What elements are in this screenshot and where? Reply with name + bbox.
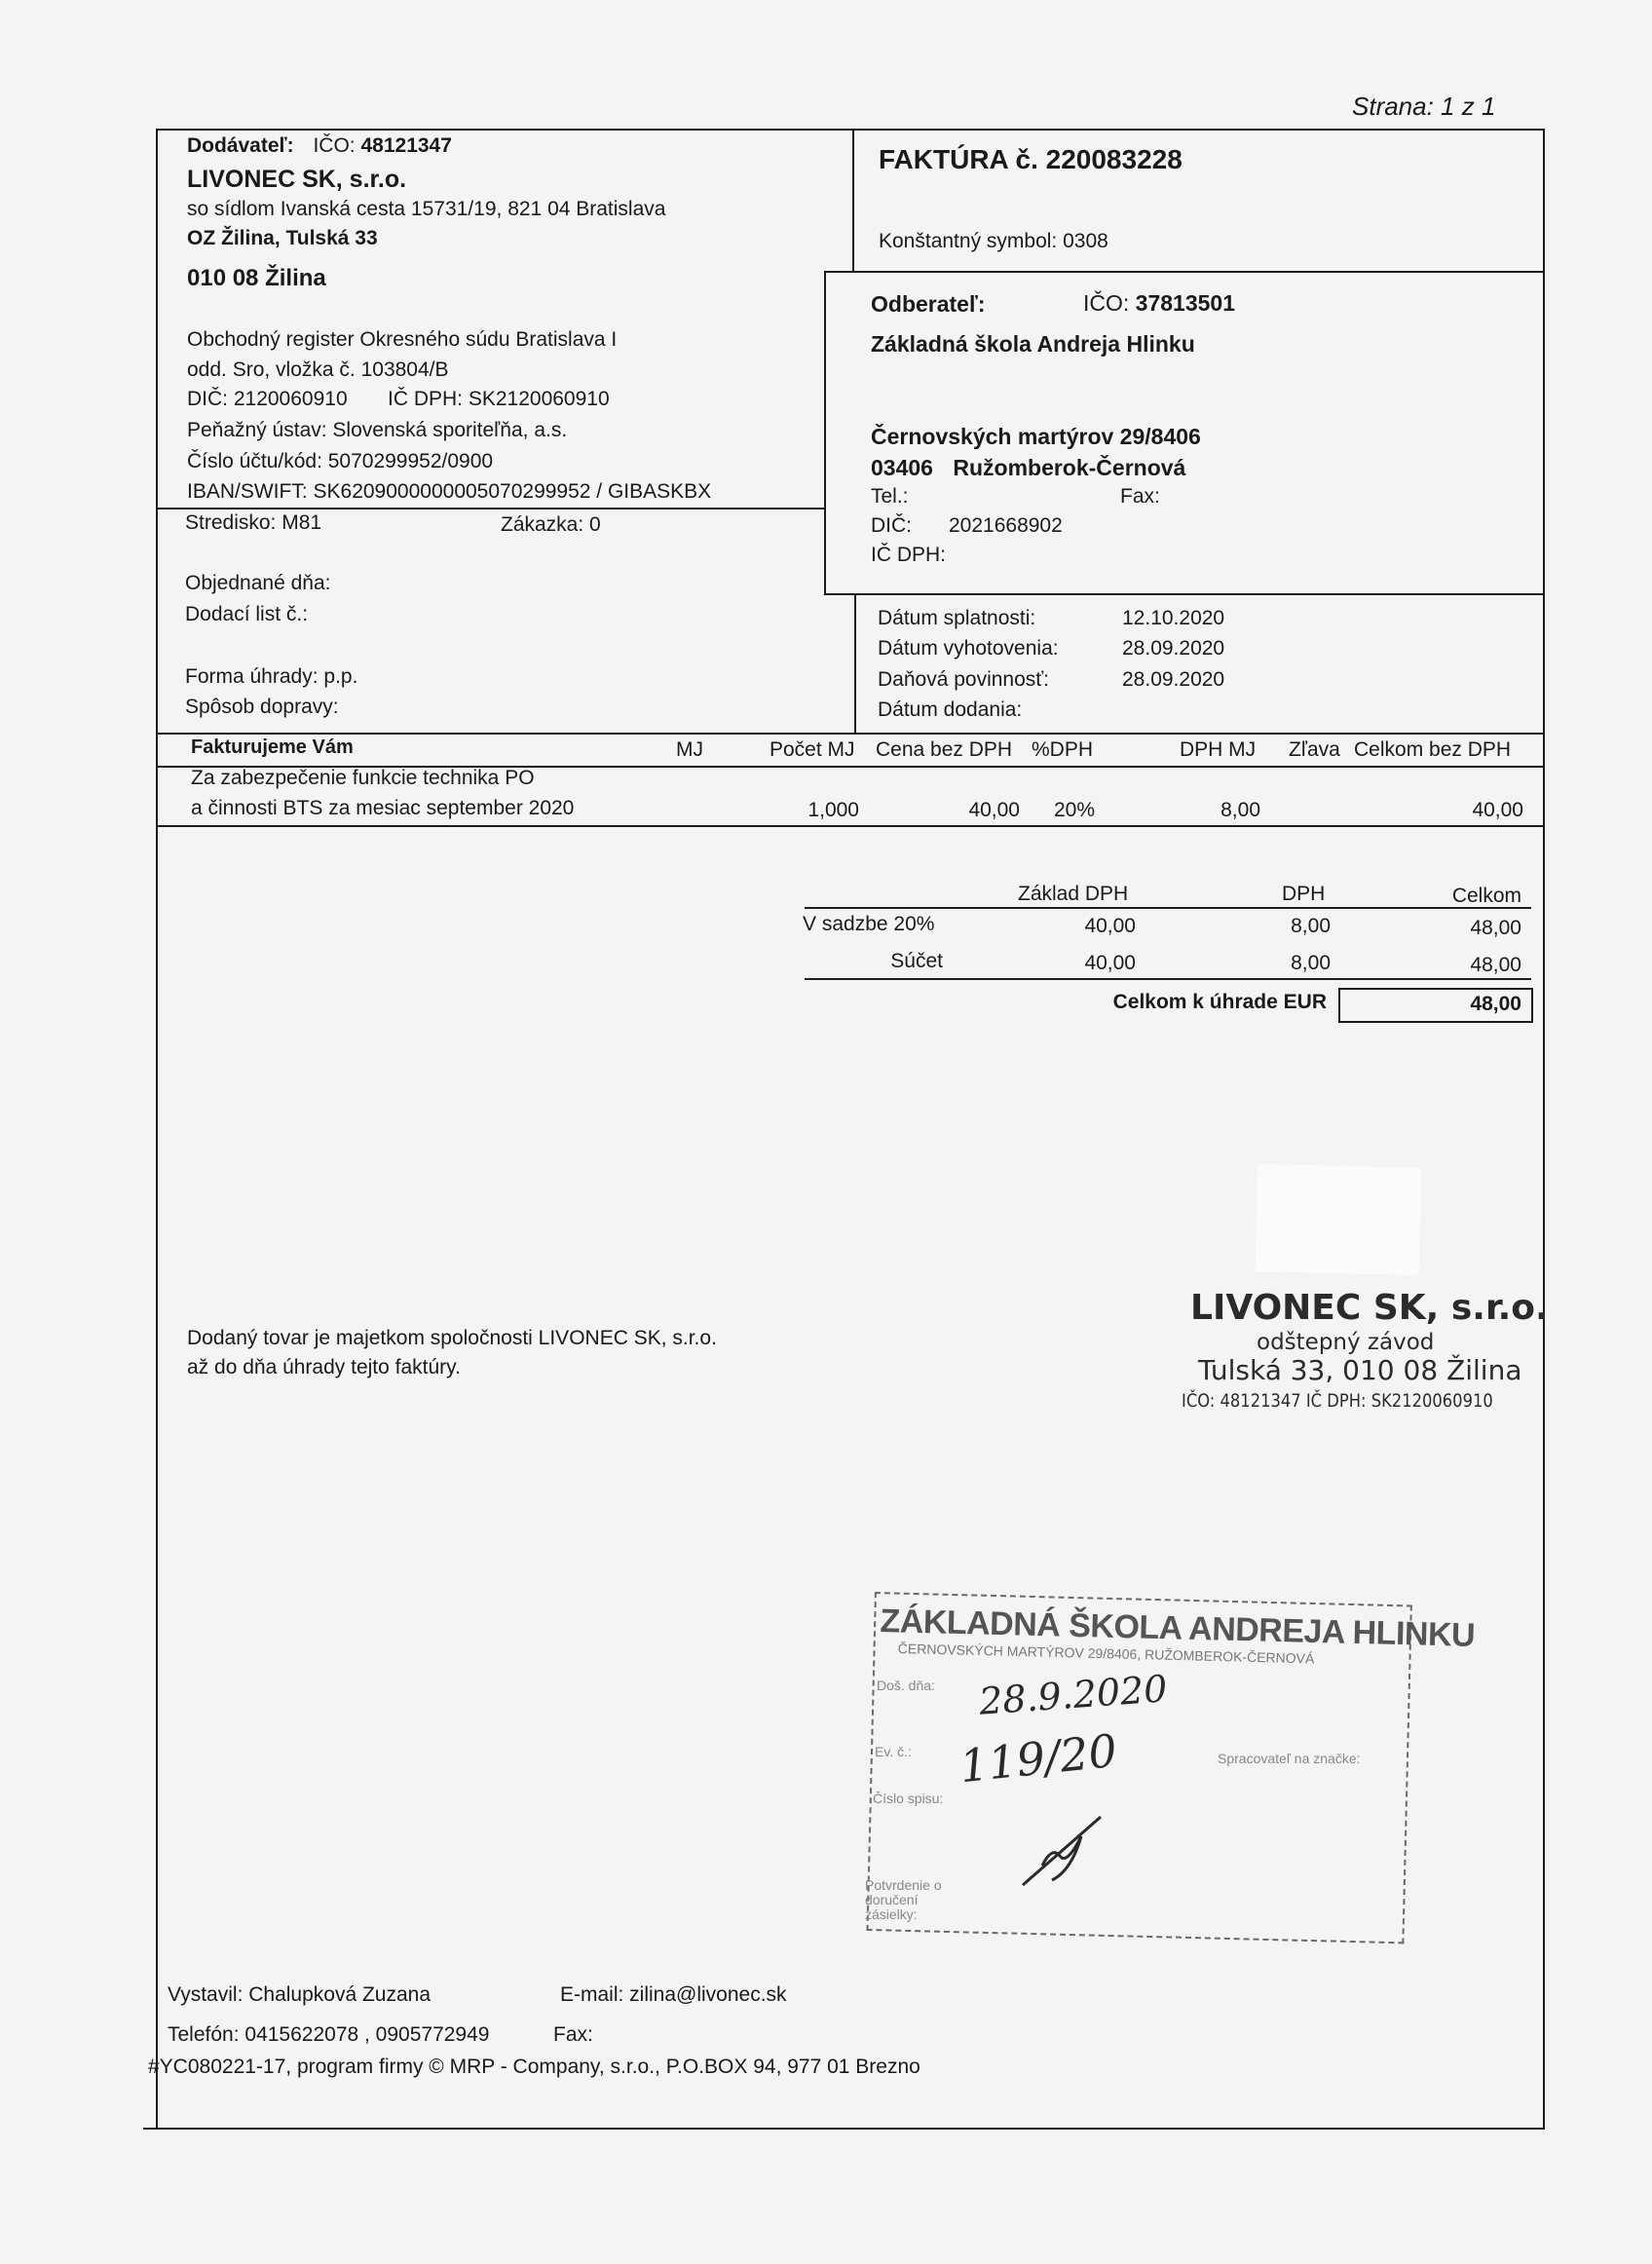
- summary-sum-vat: 8,00: [1291, 952, 1331, 975]
- row-description-1: Za zabezpečenie funkcie technika PO: [191, 767, 535, 790]
- row-vat-unit: 8,00: [1220, 799, 1260, 822]
- supplier-branch: OZ Žilina, Tulská 33: [187, 227, 378, 250]
- col-vat-unit: DPH MJ: [1180, 738, 1256, 762]
- customer-zip: 03406: [871, 455, 933, 480]
- software-note: #YC080221-17, program firmy © MRP - Comp…: [148, 2056, 920, 2079]
- stamp-sub: odštepný závod: [1257, 1330, 1434, 1355]
- customer-box-top: [824, 271, 1545, 273]
- receipt-file-label: Číslo spisu:: [873, 1791, 943, 1806]
- summary-row-total: 48,00: [1470, 917, 1521, 940]
- row-price: 40,00: [968, 799, 1020, 822]
- summary-row-vat: 8,00: [1291, 915, 1331, 938]
- supplier-name: LIVONEC SK, s.r.o.: [187, 166, 406, 194]
- frame-bottom: [143, 2128, 1545, 2130]
- col-discount: Zľava: [1289, 738, 1340, 762]
- receipt-confirm-label: Potvrdenie o doručení zásielky:: [865, 1878, 962, 1922]
- col-total: Celkom bez DPH: [1354, 738, 1511, 762]
- transport: Spôsob dopravy:: [185, 696, 339, 719]
- customer-ic-dph-label: IČ DPH:: [871, 544, 946, 567]
- summary-header-line: [805, 907, 1531, 909]
- supplier-ico-label: IČO:: [313, 134, 355, 157]
- grand-total-label: Celkom k úhrade EUR: [1113, 991, 1327, 1014]
- customer-name: Základná škola Andreja Hlinku: [871, 331, 1195, 358]
- summary-sum-total: 48,00: [1470, 954, 1521, 977]
- supplier-account: Číslo účtu/kód: 5070299952/0900: [187, 450, 493, 473]
- supplier-ic-dph: IČ DPH: SK2120060910: [388, 388, 610, 411]
- table-top: [156, 733, 1545, 735]
- date-value: 12.10.2020: [1122, 607, 1224, 630]
- ordered-date: Objednané dňa:: [185, 572, 330, 595]
- col-unit: MJ: [676, 738, 703, 762]
- supplier-dic: DIČ: 2120060910: [187, 388, 348, 411]
- supplier-label: Dodávateľ:: [187, 134, 294, 157]
- email: E-mail: zilina@livonec.sk: [560, 1983, 787, 2007]
- supplier-iban: IBAN/SWIFT: SK6209000000005070299952 / G…: [187, 480, 711, 504]
- signature-patch: [1256, 1164, 1422, 1275]
- customer-box-bottom: [824, 593, 1545, 595]
- issued-by: Vystavil: Chalupková Zuzana: [168, 1983, 431, 2007]
- customer-dic: 2021668902: [949, 514, 1063, 538]
- customer-ico: 37813501: [1136, 290, 1235, 316]
- col-price: Cena bez DPH: [876, 738, 1012, 762]
- supplier-register-2: odd. Sro, vložka č. 103804/B: [187, 358, 449, 382]
- supplier-seat: so sídlom Ivanská cesta 15731/19, 821 04…: [187, 198, 665, 221]
- ownership-note-1: Dodaný tovar je majetkom spoločnosti LIV…: [187, 1327, 717, 1350]
- row-quantity: 1,000: [807, 799, 859, 822]
- summary-header-total: Celkom: [1452, 885, 1521, 908]
- summary-header-vat: DPH: [1282, 883, 1325, 906]
- invoice-title: FAKTÚRA č. 220083228: [879, 144, 1183, 175]
- signature-icon: [1013, 1812, 1110, 1890]
- row-total: 40,00: [1472, 799, 1523, 822]
- receipt-notes-label: Spracovateľ na značke:: [1218, 1751, 1361, 1766]
- customer-city: Ružomberok-Černová: [953, 455, 1185, 480]
- supplier-ico: 48121347: [360, 134, 451, 157]
- date-value: 28.09.2020: [1122, 668, 1224, 692]
- table-bottom: [156, 825, 1545, 827]
- customer-label: Odberateľ:: [871, 291, 986, 318]
- stamp-address: Tulská 33, 010 08 Žilina: [1198, 1354, 1521, 1386]
- frame-top: [156, 129, 1545, 131]
- receipt-received-label: Doš. dňa:: [877, 1678, 935, 1693]
- phone: Telefón: 0415622078 , 0905772949: [168, 2023, 489, 2047]
- row-description-2: a činnosti BTS za mesiac september 2020: [191, 797, 574, 820]
- col-vat-pct: %DPH: [1032, 738, 1093, 762]
- date-label: Dátum dodania:: [878, 698, 1022, 722]
- grand-total-value: 48,00: [1470, 993, 1521, 1016]
- summary-sum-base: 40,00: [1084, 952, 1136, 975]
- col-quantity: Počet MJ: [770, 738, 855, 762]
- frame-left: [156, 129, 158, 2128]
- date-value: 28.09.2020: [1122, 637, 1224, 660]
- customer-box-left: [824, 271, 826, 595]
- frame-right: [1543, 129, 1545, 2128]
- summary-sum-line: [805, 978, 1531, 980]
- page-indicator: Strana: 1 z 1: [1352, 92, 1495, 122]
- supplier-city: 010 08 Žilina: [187, 265, 326, 292]
- zakazka: Zákazka: 0: [501, 513, 601, 537]
- dates-divider: [854, 595, 856, 734]
- ownership-note-2: až do dňa úhrady tejto faktúry.: [187, 1356, 461, 1379]
- summary-header-base: Základ DPH: [1018, 883, 1128, 906]
- stamp-company: LIVONEC SK, s.r.o.: [1190, 1288, 1549, 1328]
- supplier-register-1: Obchodný register Okresného súdu Bratisl…: [187, 328, 617, 352]
- summary-row-label: V sadzbe 20%: [803, 913, 934, 936]
- customer-ico-label: IČO:: [1083, 290, 1129, 316]
- supplier-bank: Peňažný ústav: Slovenská sporiteľňa, a.s…: [187, 419, 567, 442]
- customer-fax-label: Fax:: [1120, 485, 1160, 509]
- row-vat-pct: 20%: [1054, 799, 1095, 822]
- date-label: Dátum splatnosti:: [878, 607, 1035, 630]
- customer-street: Černovských martýrov 29/8406: [871, 424, 1201, 450]
- stredisko: Stredisko: M81: [185, 511, 321, 535]
- supplier-divider: [852, 129, 854, 273]
- fax: Fax:: [553, 2023, 593, 2047]
- payment-form: Forma úhrady: p.p.: [185, 665, 357, 689]
- summary-row-base: 40,00: [1084, 915, 1136, 938]
- constant-symbol: Konštantný symbol: 0308: [879, 230, 1108, 253]
- customer-tel-label: Tel.:: [871, 485, 909, 509]
- summary-sum-label: Súčet: [890, 950, 943, 973]
- col-description: Fakturujeme Vám: [191, 736, 354, 759]
- date-label: Daňová povinnosť:: [878, 668, 1049, 692]
- delivery-note: Dodací list č.:: [185, 603, 308, 626]
- supplier-box-bottom: [156, 508, 826, 509]
- date-label: Dátum vyhotovenia:: [878, 637, 1059, 660]
- stamp-ids: IČO: 48121347 IČ DPH: SK2120060910: [1182, 1390, 1493, 1412]
- receipt-reg-label: Ev. č.:: [875, 1744, 912, 1759]
- customer-dic-label: DIČ:: [871, 514, 912, 538]
